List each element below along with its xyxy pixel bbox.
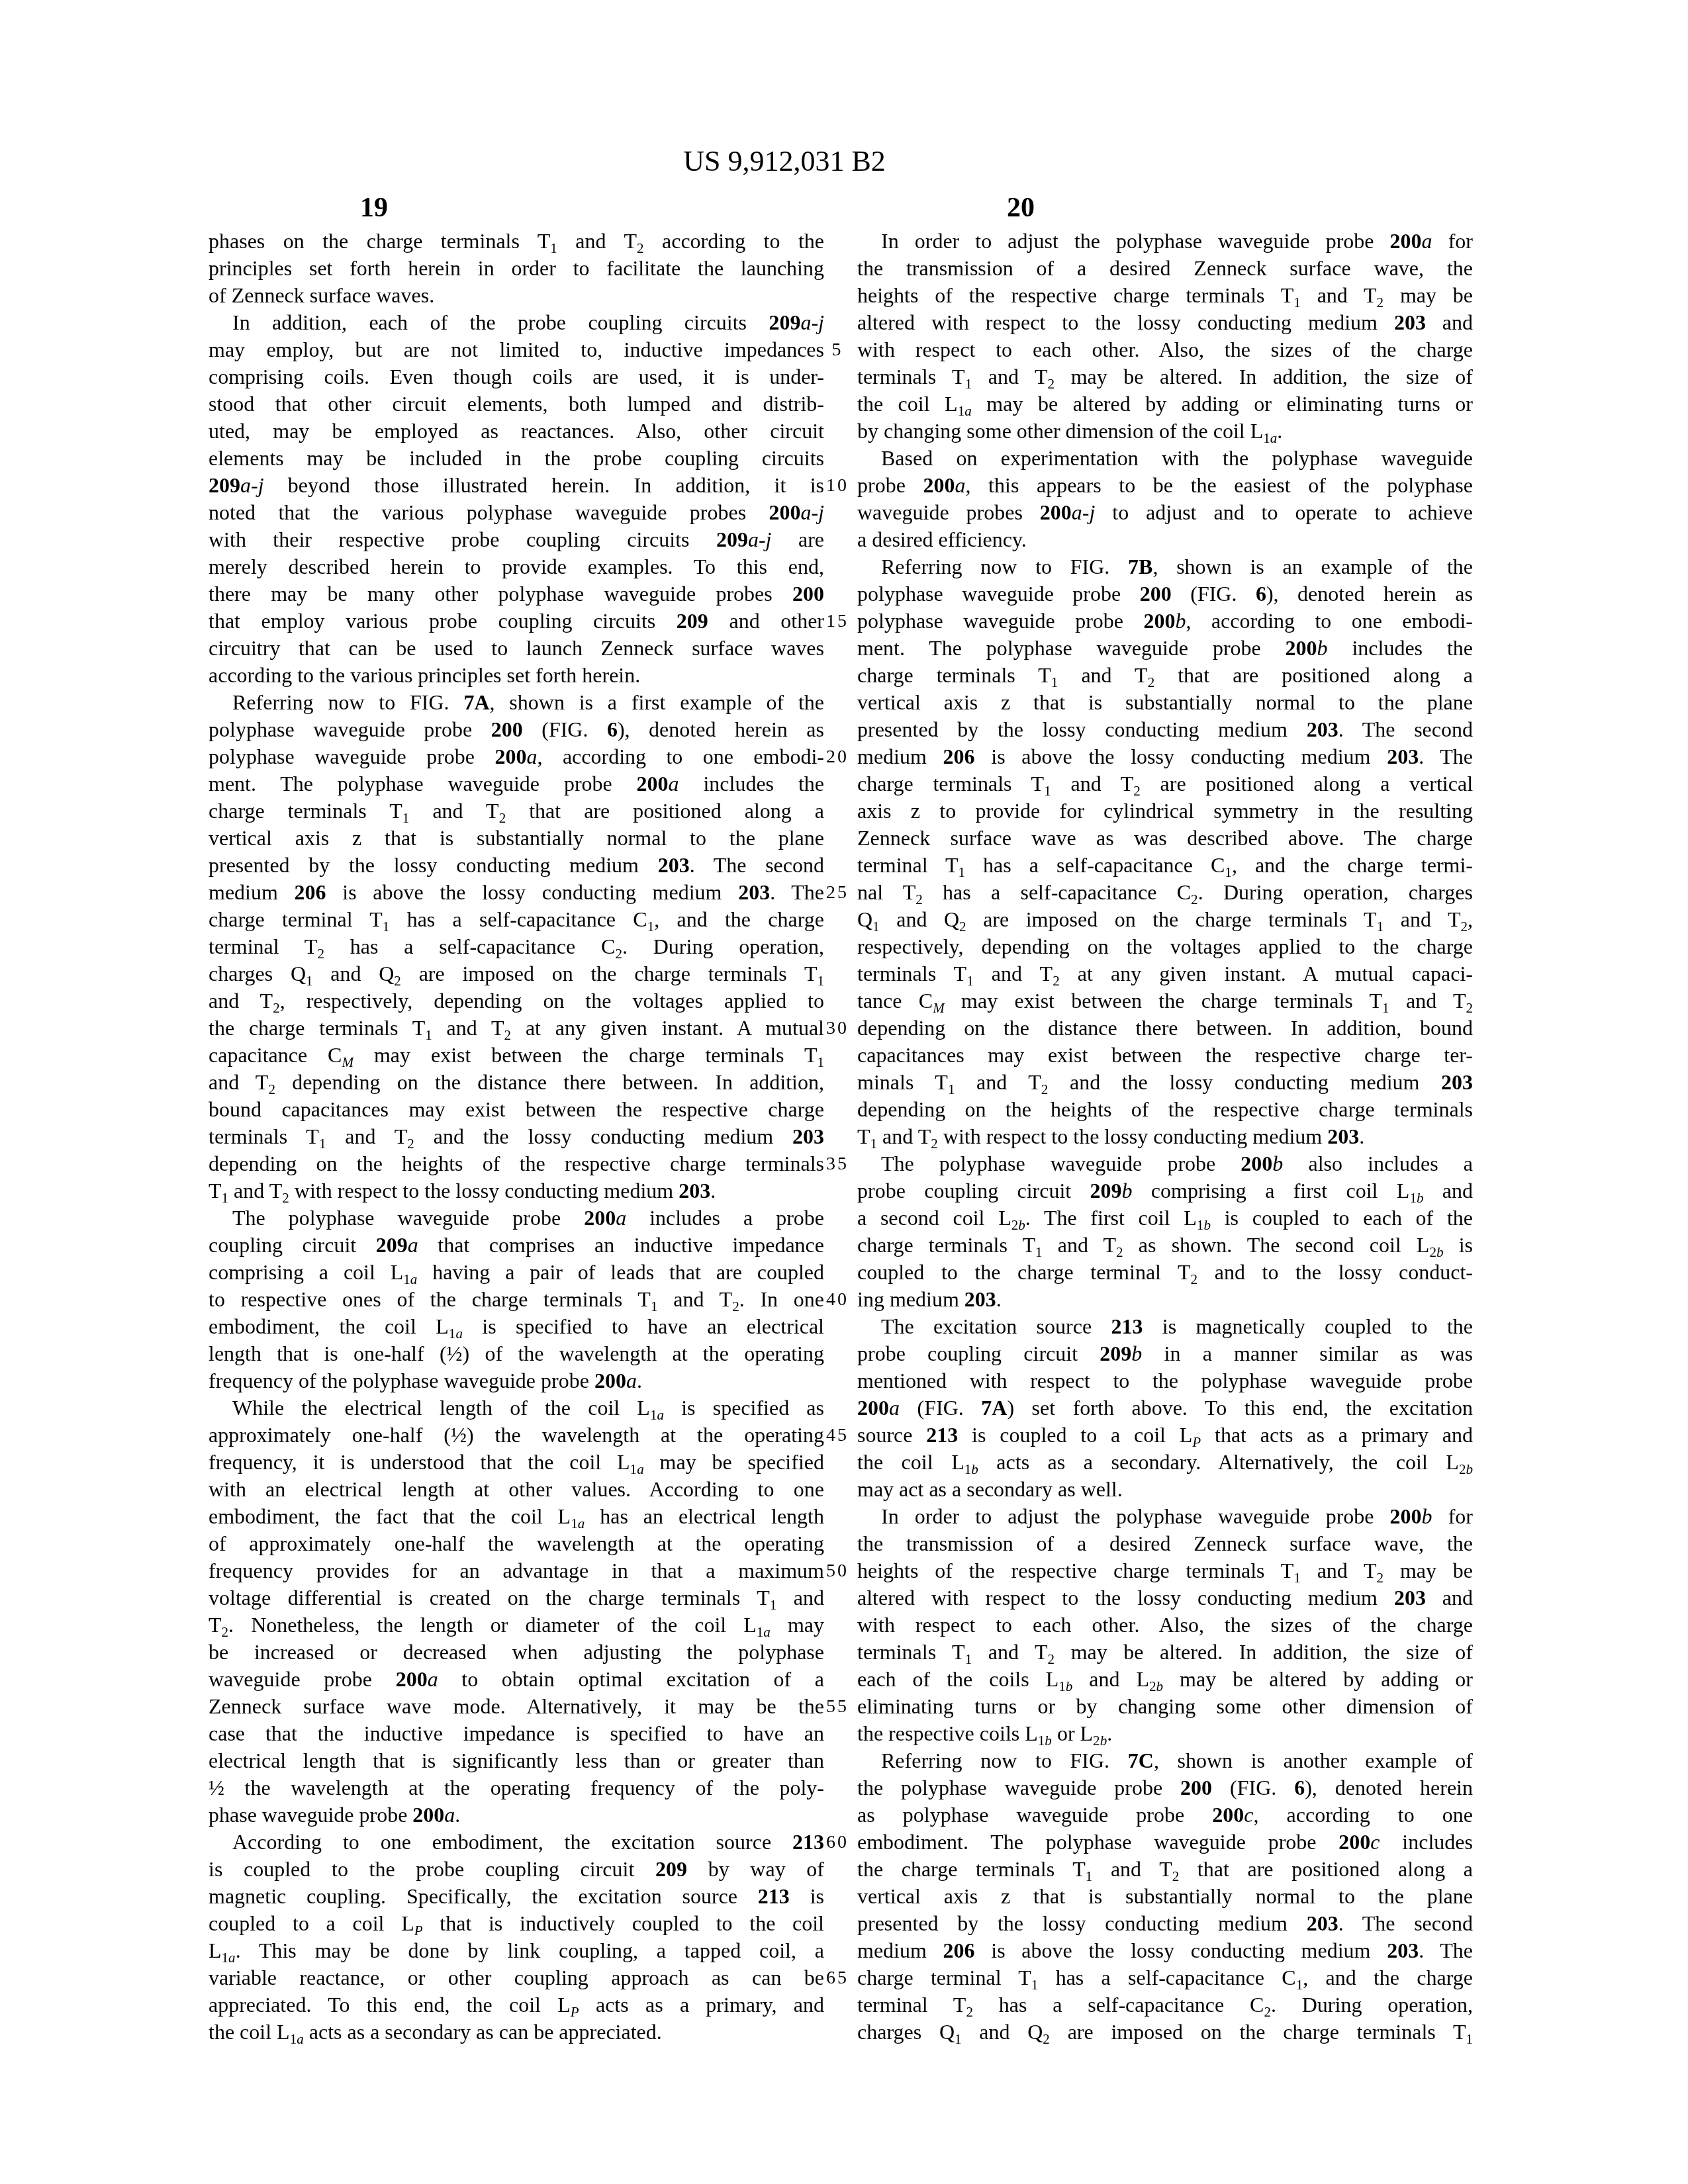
text-line: tance CM may exist between the charge te…: [857, 987, 1473, 1015]
text-line: While the electrical length of the coil …: [209, 1394, 824, 1422]
text-line: the polyphase waveguide probe 200 (FIG. …: [857, 1774, 1473, 1801]
text-line: respectively, depending on the voltages …: [857, 933, 1473, 960]
text-line: In order to adjust the polyphase wavegui…: [857, 1503, 1473, 1530]
text-line: presented by the lossy conducting medium…: [857, 716, 1473, 743]
text-line: the coil L1a may be altered by adding or…: [857, 390, 1473, 418]
text-line: waveguide probes 200a-j to adjust and to…: [857, 499, 1473, 526]
text-line: elements may be included in the probe co…: [209, 445, 824, 472]
text-line: charge terminal T1 has a self-capacitanc…: [209, 906, 824, 933]
text-line: The polyphase waveguide probe 200b also …: [857, 1150, 1473, 1177]
text-line: Based on experimentation with the polyph…: [857, 445, 1473, 472]
text-line: The polyphase waveguide probe 200a inclu…: [209, 1205, 824, 1232]
text-line: T2. Nonetheless, the length or diameter …: [209, 1612, 824, 1639]
text-line: voltage differential is created on the c…: [209, 1584, 824, 1612]
text-line: ½ the wavelength at the operating freque…: [209, 1774, 824, 1801]
text-line: T1 and T2 with respect to the lossy cond…: [209, 1177, 824, 1205]
text-line: Referring now to FIG. 7C, shown is anoth…: [857, 1747, 1473, 1774]
text-line: comprising coils. Even though coils are …: [209, 363, 824, 390]
line-number: 25: [809, 879, 866, 906]
text-line: probe coupling circuit 209b comprising a…: [857, 1177, 1473, 1205]
text-line: According to one embodiment, the excitat…: [209, 1829, 824, 1856]
text-line: In order to adjust the polyphase wavegui…: [857, 228, 1473, 255]
text-line: In addition, each of the probe coupling …: [209, 309, 824, 336]
text-line: 200a (FIG. 7A) set forth above. To this …: [857, 1394, 1473, 1422]
text-line: terminals T1 and T2 and the lossy conduc…: [209, 1123, 824, 1150]
text-line: probe coupling circuit 209b in a manner …: [857, 1340, 1473, 1367]
text-line: medium 206 is above the lossy conducting…: [857, 1937, 1473, 1964]
text-line: noted that the various polyphase wavegui…: [209, 499, 824, 526]
text-line: with an electrical length at other value…: [209, 1476, 824, 1503]
text-line: axis z to provide for cylindrical symmet…: [857, 797, 1473, 825]
text-line: the coil L1a acts as a secondary as can …: [209, 2019, 824, 2046]
text-line: vertical axis z that is substantially no…: [857, 689, 1473, 716]
line-number: 40: [809, 1286, 866, 1313]
line-number: 50: [809, 1557, 866, 1584]
line-number: 5: [809, 336, 866, 363]
text-line: ment. The polyphase waveguide probe 200a…: [209, 770, 824, 797]
text-line: terminal T1 has a self-capacitance C1, a…: [857, 852, 1473, 879]
line-number: 10: [809, 472, 866, 499]
text-line: coupled to a coil LP that is inductively…: [209, 1910, 824, 1937]
text-line: comprising a coil L1a having a pair of l…: [209, 1259, 824, 1286]
line-number: 45: [809, 1422, 866, 1449]
text-line: 209a-j beyond those illustrated herein. …: [209, 472, 824, 499]
text-line: there may be many other polyphase wavegu…: [209, 580, 824, 608]
text-line: The excitation source 213 is magneticall…: [857, 1313, 1473, 1340]
text-line: terminals T1 and T2 at any given instant…: [857, 960, 1473, 987]
text-line: may act as a secondary as well.: [857, 1476, 1473, 1503]
text-line: embodiment, the coil L1a is specified to…: [209, 1313, 824, 1340]
text-line: medium 206 is above the lossy conducting…: [857, 743, 1473, 770]
text-line: capacitance CM may exist between the cha…: [209, 1042, 824, 1069]
column-number-right: 20: [1007, 192, 1035, 224]
text-line: electrical length that is significantly …: [209, 1747, 824, 1774]
text-line: minals T1 and T2 and the lossy conductin…: [857, 1069, 1473, 1096]
text-line: the charge terminals T1 and T2 at any gi…: [209, 1015, 824, 1042]
text-column-19: phases on the charge terminals T1 and T2…: [209, 228, 824, 2046]
text-line: charge terminals T1 and T2 are positione…: [857, 770, 1473, 797]
text-line: charge terminal T1 has a self-capacitanc…: [857, 1964, 1473, 1991]
text-line: the respective coils L1b or L2b.: [857, 1720, 1473, 1747]
text-line: phase waveguide probe 200a.: [209, 1801, 824, 1829]
text-line: variable reactance, or other coupling ap…: [209, 1964, 824, 1991]
text-line: with respect to each other. Also, the si…: [857, 336, 1473, 363]
text-line: case that the inductive impedance is spe…: [209, 1720, 824, 1747]
text-line: that employ various probe coupling circu…: [209, 608, 824, 635]
text-line: presented by the lossy conducting medium…: [857, 1910, 1473, 1937]
text-line: probe 200a, this appears to be the easie…: [857, 472, 1473, 499]
text-line: according to the various principles set …: [209, 662, 824, 689]
text-line: heights of the respective charge termina…: [857, 1557, 1473, 1584]
text-line: altered with respect to the lossy conduc…: [857, 1584, 1473, 1612]
text-line: depending on the heights of the respecti…: [209, 1150, 824, 1177]
text-line: Referring now to FIG. 7B, shown is an ex…: [857, 553, 1473, 580]
text-line: magnetic coupling. Specifically, the exc…: [209, 1883, 824, 1910]
text-line: heights of the respective charge termina…: [857, 282, 1473, 309]
text-line: appreciated. To this end, the coil LP ac…: [209, 1991, 824, 2019]
line-number: 60: [809, 1829, 866, 1856]
text-line: T1 and T2 with respect to the lossy cond…: [857, 1123, 1473, 1150]
text-line: of Zenneck surface waves.: [209, 282, 824, 309]
text-line: terminals T1 and T2 may be altered. In a…: [857, 1639, 1473, 1666]
text-line: by changing some other dimension of the …: [857, 418, 1473, 445]
text-line: stood that other circuit elements, both …: [209, 390, 824, 418]
text-line: depending on the distance there between.…: [857, 1015, 1473, 1042]
text-line: the coil L1b acts as a secondary. Altern…: [857, 1449, 1473, 1476]
text-line: nal T2 has a self-capacitance C2. During…: [857, 879, 1473, 906]
text-line: depending on the heights of the respecti…: [857, 1096, 1473, 1123]
text-line: as polyphase waveguide probe 200c, accor…: [857, 1801, 1473, 1829]
text-line: approximately one-half (½) the wavelengt…: [209, 1422, 824, 1449]
line-number: 30: [809, 1015, 866, 1042]
text-line: of approximately one-half the wavelength…: [209, 1530, 824, 1557]
line-number: 65: [809, 1964, 866, 1991]
text-line: source 213 is coupled to a coil LP that …: [857, 1422, 1473, 1449]
text-line: the charge terminals T1 and T2 that are …: [857, 1856, 1473, 1883]
column-number-left: 19: [360, 192, 388, 224]
text-line: frequency, it is understood that the coi…: [209, 1449, 824, 1476]
text-line: charge terminals T1 and T2 that are posi…: [209, 797, 824, 825]
text-line: a second coil L2b. The first coil L1b is…: [857, 1205, 1473, 1232]
text-line: charge terminals T1 and T2 that are posi…: [857, 662, 1473, 689]
line-number: 55: [809, 1693, 866, 1720]
text-line: is coupled to the probe coupling circuit…: [209, 1856, 824, 1883]
text-column-20: In order to adjust the polyphase wavegui…: [857, 228, 1473, 2046]
text-line: polyphase waveguide probe 200b, accordin…: [857, 608, 1473, 635]
text-line: be increased or decreased when adjusting…: [209, 1639, 824, 1666]
text-line: circuitry that can be used to launch Zen…: [209, 635, 824, 662]
text-line: terminals T1 and T2 may be altered. In a…: [857, 363, 1473, 390]
text-line: charges Q1 and Q2 are imposed on the cha…: [857, 2019, 1473, 2046]
text-line: Referring now to FIG. 7A, shown is a fir…: [209, 689, 824, 716]
patent-page: US 9,912,031 B2 19 20 phases on the char…: [0, 0, 1688, 2184]
text-line: Zenneck surface wave mode. Alternatively…: [209, 1693, 824, 1720]
text-line: vertical axis z that is substantially no…: [209, 825, 824, 852]
text-line: terminal T2 has a self-capacitance C2. D…: [857, 1991, 1473, 2019]
text-line: ing medium 203.: [857, 1286, 1473, 1313]
text-line: ment. The polyphase waveguide probe 200b…: [857, 635, 1473, 662]
text-line: may employ, but are not limited to, indu…: [209, 336, 824, 363]
text-line: uted, may be employed as reactances. Als…: [209, 418, 824, 445]
text-line: to respective ones of the charge termina…: [209, 1286, 824, 1313]
text-line: charge terminals T1 and T2 as shown. The…: [857, 1232, 1473, 1259]
text-line: a desired efficiency.: [857, 526, 1473, 553]
text-line: vertical axis z that is substantially no…: [857, 1883, 1473, 1910]
text-line: bound capacitances may exist between the…: [209, 1096, 824, 1123]
text-line: Q1 and Q2 are imposed on the charge term…: [857, 906, 1473, 933]
text-line: principles set forth herein in order to …: [209, 255, 824, 282]
text-line: frequency of the polyphase waveguide pro…: [209, 1367, 824, 1394]
text-line: medium 206 is above the lossy conducting…: [209, 879, 824, 906]
line-number: 20: [809, 743, 866, 770]
publication-number: US 9,912,031 B2: [683, 144, 886, 178]
text-line: eliminating turns or by changing some ot…: [857, 1693, 1473, 1720]
text-line: L1a. This may be done by link coupling, …: [209, 1937, 824, 1964]
line-number: 15: [809, 608, 866, 635]
text-line: polyphase waveguide probe 200a, accordin…: [209, 743, 824, 770]
text-line: and T2, respectively, depending on the v…: [209, 987, 824, 1015]
text-line: frequency provides for an advantage in t…: [209, 1557, 824, 1584]
text-line: coupling circuit 209a that comprises an …: [209, 1232, 824, 1259]
text-line: waveguide probe 200a to obtain optimal e…: [209, 1666, 824, 1693]
text-line: capacitances may exist between the respe…: [857, 1042, 1473, 1069]
text-line: presented by the lossy conducting medium…: [209, 852, 824, 879]
text-line: polyphase waveguide probe 200 (FIG. 6), …: [209, 716, 824, 743]
text-line: the transmission of a desired Zenneck su…: [857, 1530, 1473, 1557]
text-line: length that is one-half (½) of the wavel…: [209, 1340, 824, 1367]
text-line: the transmission of a desired Zenneck su…: [857, 255, 1473, 282]
text-line: altered with respect to the lossy conduc…: [857, 309, 1473, 336]
text-line: with their respective probe coupling cir…: [209, 526, 824, 553]
text-line: coupled to the charge terminal T2 and to…: [857, 1259, 1473, 1286]
text-line: with respect to each other. Also, the si…: [857, 1612, 1473, 1639]
text-line: terminal T2 has a self-capacitance C2. D…: [209, 933, 824, 960]
line-number: 35: [809, 1150, 866, 1177]
text-line: phases on the charge terminals T1 and T2…: [209, 228, 824, 255]
text-line: embodiment, the fact that the coil L1a h…: [209, 1503, 824, 1530]
text-line: merely described herein to provide examp…: [209, 553, 824, 580]
text-line: and T2 depending on the distance there b…: [209, 1069, 824, 1096]
text-line: charges Q1 and Q2 are imposed on the cha…: [209, 960, 824, 987]
text-line: mentioned with respect to the polyphase …: [857, 1367, 1473, 1394]
text-line: each of the coils L1b and L2b may be alt…: [857, 1666, 1473, 1693]
text-line: embodiment. The polyphase waveguide prob…: [857, 1829, 1473, 1856]
text-line: polyphase waveguide probe 200 (FIG. 6), …: [857, 580, 1473, 608]
text-line: Zenneck surface wave as was described ab…: [857, 825, 1473, 852]
